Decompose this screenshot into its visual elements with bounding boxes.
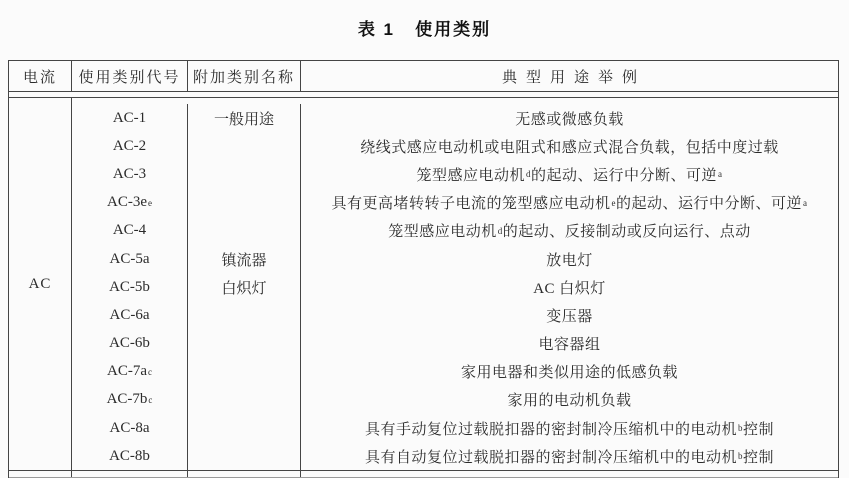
column-header-current: 电流 <box>9 61 72 91</box>
table-row: AC-5a镇流器放电灯 <box>72 245 838 273</box>
name-cell: 镇流器 <box>188 245 301 273</box>
use-cell: 家用电器和类似用途的低感负载 <box>301 358 838 386</box>
use-cell: AC 白炽灯 <box>301 273 838 301</box>
table-row: AC-7bc家用的电动机负载 <box>72 386 838 414</box>
column-header-typical-uses: 典型用途举例 <box>301 61 838 91</box>
code-cell: AC-8b <box>72 442 188 470</box>
code-cell: AC-3 <box>72 160 188 188</box>
code-cell: AC-7bc <box>72 386 188 414</box>
use-cell: 笼型感应电动机d 的起动、运行中分断、可逆a <box>301 160 838 188</box>
current-group-cell: AC <box>9 98 72 470</box>
document-page: 表 1 使用类别 电流 使用类别代号 附加类别名称 典型用途举例 AC AC-1… <box>0 0 849 478</box>
table-title: 表 1 使用类别 <box>0 15 849 40</box>
use-cell: 无感或微感负载 <box>301 104 838 132</box>
use-cell: 绕线式感应电动机或电阻式和感应式混合负载，包括中度过载 <box>301 132 838 160</box>
name-cell <box>188 330 301 358</box>
code-cell: AC-8a <box>72 414 188 442</box>
code-cell: AC-3ee <box>72 189 188 217</box>
name-cell <box>188 414 301 442</box>
use-cell: 笼型感应电动机d 的起动、反接制动或反向运行、点动 <box>301 217 838 245</box>
table-row: AC-6a变压器 <box>72 301 838 329</box>
code-cell: AC-5a <box>72 245 188 273</box>
usage-category-table: 电流 使用类别代号 附加类别名称 典型用途举例 AC AC-1一般用途无感或微感… <box>8 60 839 478</box>
table-row: AC-5b白炽灯AC 白炽灯 <box>72 273 838 301</box>
table-row: AC-7ac家用电器和类似用途的低感负载 <box>72 358 838 386</box>
column-header-additional-name: 附加类别名称 <box>188 61 301 91</box>
use-cell: 具有自动复位过载脱扣器的密封制冷压缩机中的电动机b 控制 <box>301 442 838 470</box>
code-cell: AC-7ac <box>72 358 188 386</box>
column-header-category-code: 使用类别代号 <box>72 61 188 91</box>
code-cell: AC-2 <box>72 132 188 160</box>
use-cell: 变压器 <box>301 301 838 329</box>
name-cell <box>188 160 301 188</box>
use-cell: 放电灯 <box>301 245 838 273</box>
code-cell: AC-6a <box>72 301 188 329</box>
name-cell <box>188 358 301 386</box>
table-row: AC-3ee具有更高堵转转子电流的笼型感应电动机e 的起动、运行中分断、可逆a <box>72 189 838 217</box>
code-cell: AC-1 <box>72 104 188 132</box>
name-cell <box>188 189 301 217</box>
use-cell: 具有更高堵转转子电流的笼型感应电动机e 的起动、运行中分断、可逆a <box>301 189 838 217</box>
table-row: AC-6b电容器组 <box>72 330 838 358</box>
code-cell: AC-5b <box>72 273 188 301</box>
use-cell: 具有手动复位过载脱扣器的密封制冷压缩机中的电动机b 控制 <box>301 414 838 442</box>
table-body: AC AC-1一般用途无感或微感负载AC-2绕线式感应电动机或电阻式和感应式混合… <box>9 98 838 471</box>
name-cell: 白炽灯 <box>188 273 301 301</box>
rows: AC-1一般用途无感或微感负载AC-2绕线式感应电动机或电阻式和感应式混合负载，… <box>72 98 838 470</box>
table-row: AC-4笼型感应电动机d 的起动、反接制动或反向运行、点动 <box>72 217 838 245</box>
table-row: AC-3笼型感应电动机d 的起动、运行中分断、可逆a <box>72 160 838 188</box>
table-row: AC-2绕线式感应电动机或电阻式和感应式混合负载，包括中度过载 <box>72 132 838 160</box>
use-cell: 电容器组 <box>301 330 838 358</box>
name-cell <box>188 386 301 414</box>
name-cell <box>188 301 301 329</box>
table-row: AC-1一般用途无感或微感负载 <box>72 98 838 132</box>
name-cell <box>188 132 301 160</box>
name-cell <box>188 217 301 245</box>
table-row: AC-8b具有自动复位过载脱扣器的密封制冷压缩机中的电动机b 控制 <box>72 442 838 470</box>
code-cell: AC-6b <box>72 330 188 358</box>
table-row: AC-8a具有手动复位过载脱扣器的密封制冷压缩机中的电动机b 控制 <box>72 414 838 442</box>
name-cell <box>188 442 301 470</box>
name-cell: 一般用途 <box>188 104 301 132</box>
table-header-row: 电流 使用类别代号 附加类别名称 典型用途举例 <box>9 61 838 92</box>
use-cell: 家用的电动机负载 <box>301 386 838 414</box>
code-cell: AC-4 <box>72 217 188 245</box>
